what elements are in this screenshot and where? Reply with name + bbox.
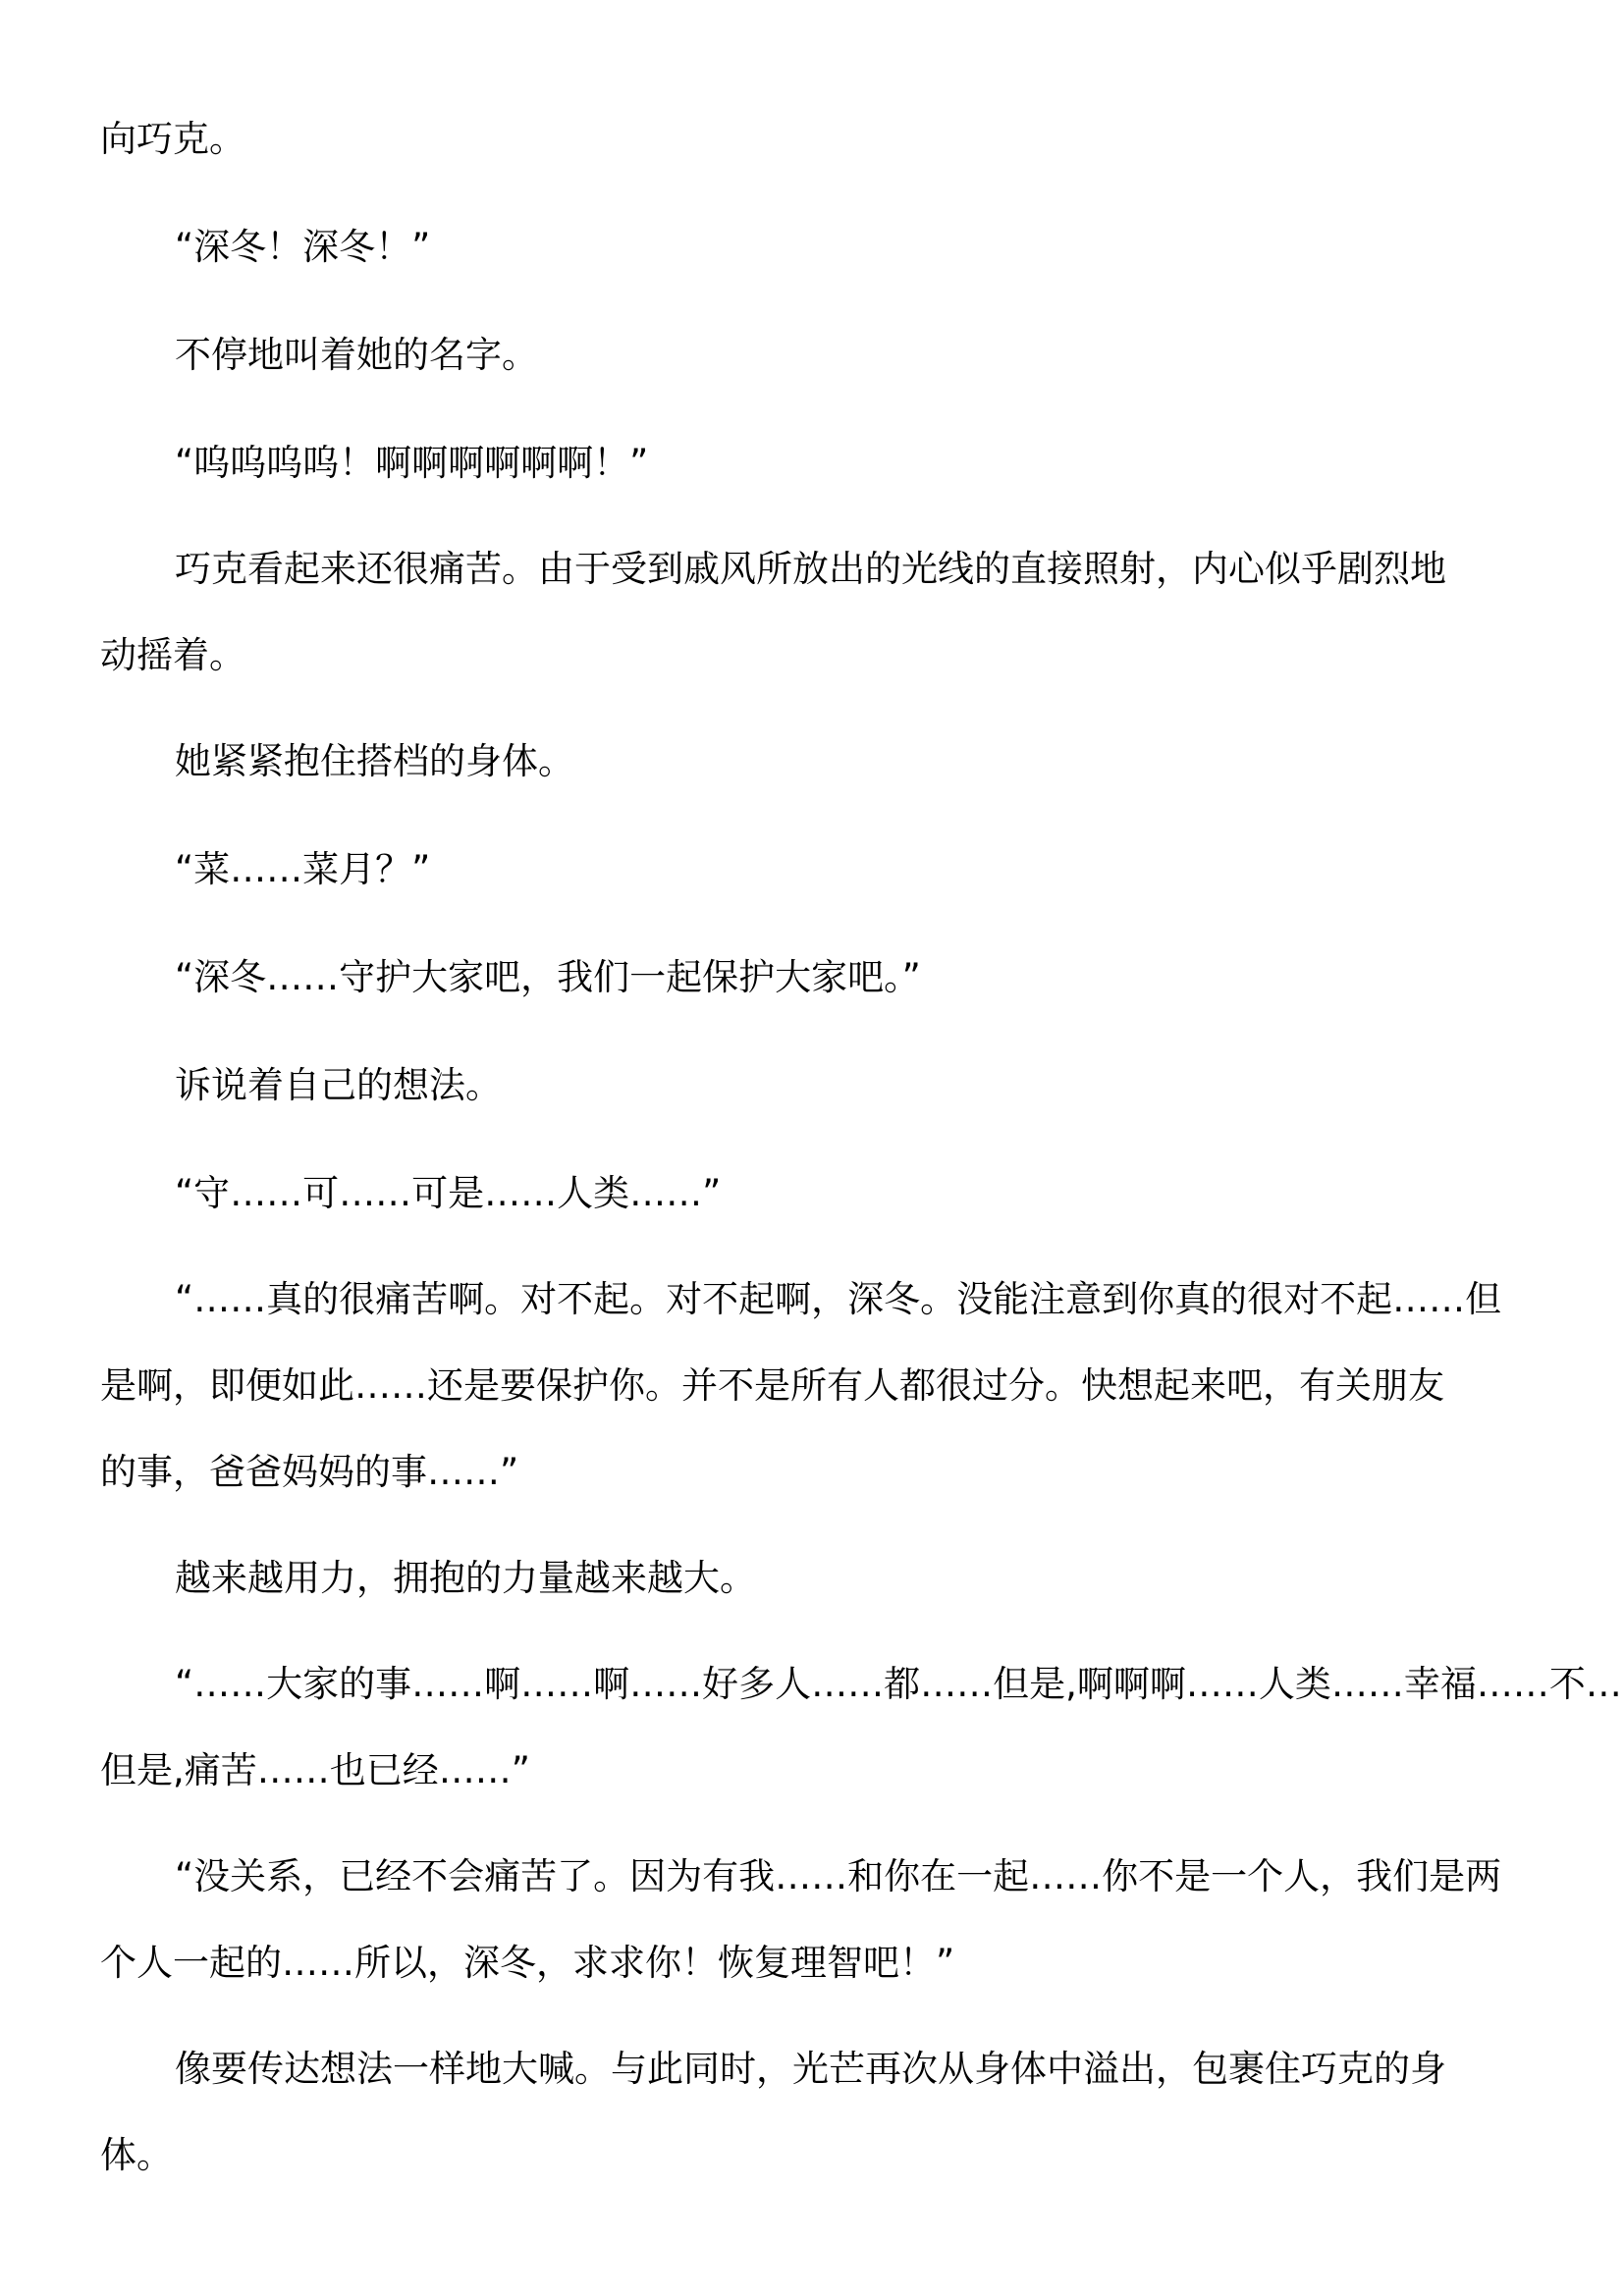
dialogue-line-wrapped: 的事，爸爸妈妈的事……” [100, 1453, 518, 1492]
paragraph-line: 不停地叫着她的名字。 [175, 336, 538, 375]
dialogue-line: “深冬……守护大家吧，我们一起保护大家吧。” [175, 958, 921, 997]
paragraph-line-wrapped: 动摇着。 [100, 636, 245, 675]
paragraph-line: 诉说着自己的想法。 [175, 1066, 502, 1105]
dialogue-line-wrapped: 个人一起的……所以，深冬，求求你！恢复理智吧！” [100, 1944, 954, 1983]
dialogue-line: “……真的很痛苦啊。对不起。对不起啊，深冬。没能注意到你真的很对不起……但 [175, 1280, 1501, 1319]
paragraph-line: 她紧紧抱住搭档的身体。 [175, 742, 574, 781]
dialogue-line: “……大家的事……啊……啊……好多人……都……但是,啊啊啊……人类……幸福……不… [175, 1665, 1624, 1704]
paragraph-line: 越来越用力，拥抱的力量越来越大。 [175, 1559, 756, 1598]
dialogue-line: “没关系，已经不会痛苦了。因为有我……和你在一起……你不是一个人，我们是两 [175, 1857, 1501, 1896]
dialogue-line: “深冬！深冬！” [175, 228, 430, 267]
dialogue-line: “呜呜呜呜！啊啊啊啊啊啊！” [175, 444, 648, 483]
dialogue-line-wrapped: 是啊，即便如此……还是要保护你。并不是所有人都很过分。快想起来吧，有关朋友 [100, 1366, 1444, 1406]
paragraph-line-wrapped: 体。 [100, 2136, 173, 2175]
dialogue-line: “守……可……可是……人类……” [175, 1174, 721, 1213]
dialogue-line-wrapped: 但是,痛苦……也已经……” [100, 1751, 530, 1790]
paragraph-line: 巧克看起来还很痛苦。由于受到戚风所放出的光线的直接照射，内心似乎剧烈地 [175, 550, 1446, 589]
paragraph-line: 向巧克。 [100, 120, 245, 159]
dialogue-line: “菜……菜月？” [175, 850, 430, 889]
paragraph-line: 像要传达想法一样地大喊。与此同时，光芒再次从身体中溢出，包裹住巧克的身 [175, 2050, 1446, 2089]
